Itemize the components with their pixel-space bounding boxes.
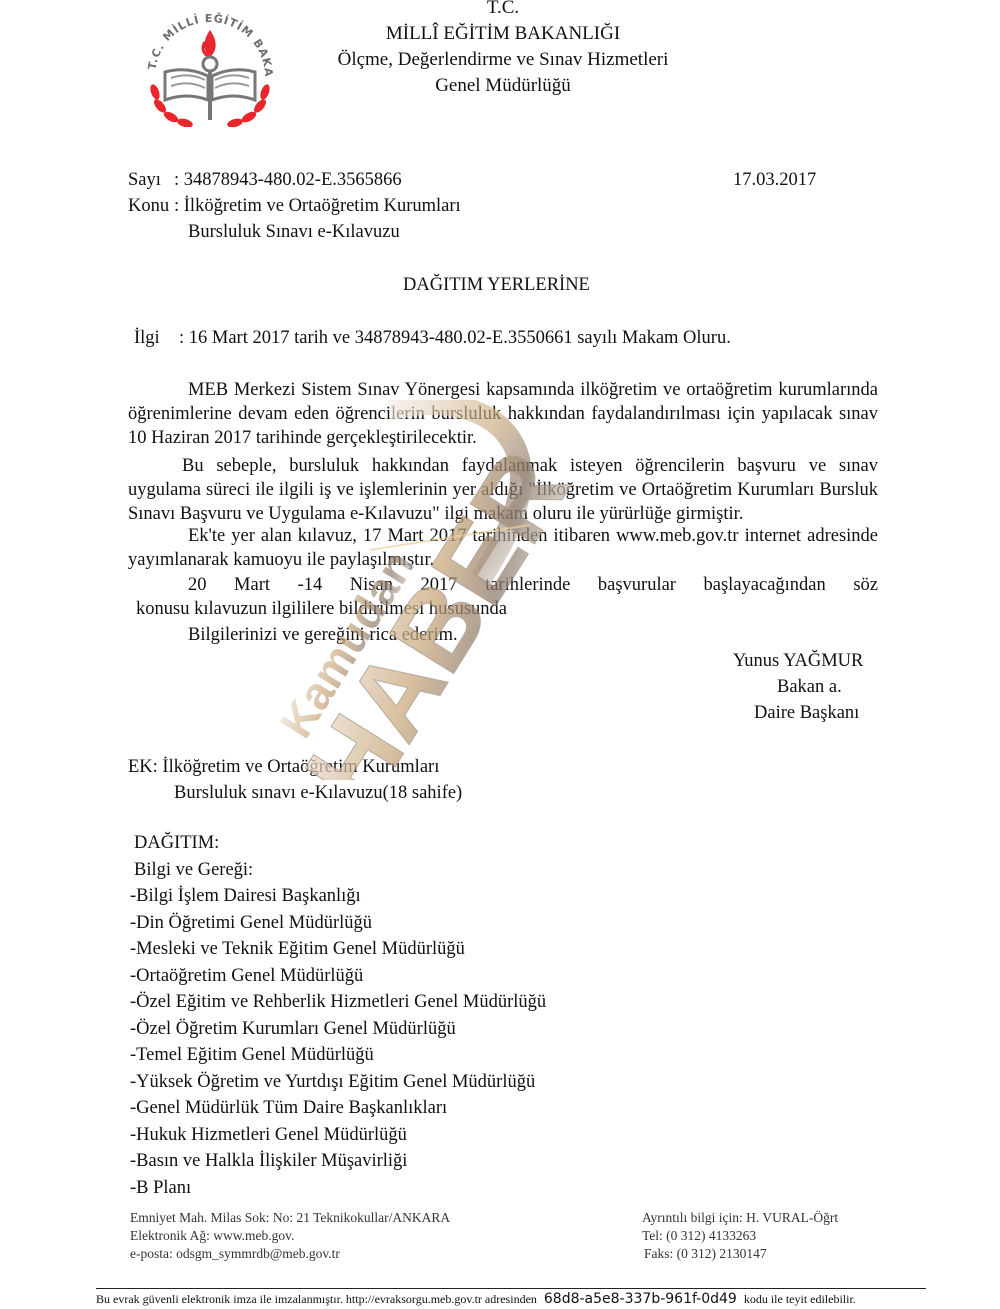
konu-label: Konu <box>128 195 169 217</box>
header-department: Ölçme, Değerlendirme ve Sınav Hizmetleri <box>3 49 1000 71</box>
sayi-label: Sayı <box>128 169 161 191</box>
verification-line: Bu evrak güvenli elektronik imza ile imz… <box>96 1291 856 1307</box>
body-paragraph-5: Bilgilerinizi ve gereğini rica ederim. <box>188 624 458 646</box>
attachment-line1: EK: İlköğretim ve Ortaöğretim Kurumları <box>128 756 439 778</box>
signatory-title-2: Daire Başkanı <box>754 702 859 724</box>
body-paragraph-1: MEB Merkezi Sistem Sınav Yönergesi kapsa… <box>128 378 878 450</box>
body-paragraph-4-line1: 20 Mart -14 Nisan 2017 tarihlerinde başv… <box>188 574 878 596</box>
verification-suffix: kodu ile teyit edilebilir. <box>744 1292 856 1306</box>
attachment-line2: Bursluluk sınavı e-Kılavuzu(18 sahife) <box>174 782 462 804</box>
ilgi-value: : 16 Mart 2017 tarih ve 34878943-480.02-… <box>179 327 731 349</box>
list-item: -Genel Müdürlük Tüm Daire Başkanlıkları <box>130 1095 546 1122</box>
list-item: -Temel Eğitim Genel Müdürlüğü <box>130 1042 546 1069</box>
recipient-heading: DAĞITIM YERLERİNE <box>403 274 590 296</box>
footer-divider <box>96 1288 926 1289</box>
verification-code: 68d8-a5e8-337b-961f-0d49 <box>544 1291 737 1307</box>
footer-tel: Tel: (0 312) 4133263 <box>642 1227 756 1244</box>
list-item: -Hukuk Hizmetleri Genel Müdürlüğü <box>130 1122 546 1149</box>
list-item: -Din Öğretimi Genel Müdürlüğü <box>130 910 546 937</box>
header-directorate: Genel Müdürlüğü <box>3 75 1000 97</box>
distribution-subtitle: Bilgi ve Gereği: <box>130 857 546 884</box>
signatory-name: Yunus YAĞMUR <box>733 650 863 672</box>
list-item: -Özel Eğitim ve Rehberlik Hizmetleri Gen… <box>130 989 546 1016</box>
body-paragraph-4-line2: konusu kılavuzun ilgililere bildirilmesi… <box>136 598 507 620</box>
list-item: -Ortaöğretim Genel Müdürlüğü <box>130 963 546 990</box>
konu-line1: : İlköğretim ve Ortaöğretim Kurumları <box>174 195 461 217</box>
document-date: 17.03.2017 <box>733 169 816 191</box>
konu-line2: Bursluluk Sınavı e-Kılavuzu <box>188 221 400 243</box>
list-item: -B Planı <box>130 1175 546 1202</box>
list-item: -Bilgi İşlem Dairesi Başkanlığı <box>130 883 546 910</box>
body-paragraph-2-text: Bu sebeple, bursluluk hakkından faydalan… <box>128 456 878 524</box>
list-item: -Yüksek Öğretim ve Yurtdışı Eğitim Genel… <box>130 1069 546 1096</box>
header-tc: T.C. <box>3 0 1000 19</box>
list-item: -Basın ve Halkla İlişkiler Müşavirliği <box>130 1148 546 1175</box>
body-paragraph-3-text: Ek'te yer alan kılavuz, 17 Mart 2017 tar… <box>128 526 878 570</box>
body-paragraph-3: Ek'te yer alan kılavuz, 17 Mart 2017 tar… <box>128 524 878 572</box>
footer-fax: Faks: (0 312) 2130147 <box>644 1245 767 1262</box>
distribution-title: DAĞITIM: <box>130 830 546 857</box>
footer-contact: Ayrıntılı bilgi için: H. VURAL-Öğrt <box>642 1209 838 1226</box>
footer-web: Elektronik Ağ: www.meb.gov. <box>130 1227 294 1244</box>
body-paragraph-2: Bu sebeple, bursluluk hakkından faydalan… <box>128 454 878 526</box>
verification-prefix: Bu evrak güvenli elektronik imza ile imz… <box>96 1292 537 1306</box>
footer-email: e-posta: odsgm_symmrdb@meb.gov.tr <box>130 1245 340 1262</box>
list-item: -Özel Öğretim Kurumları Genel Müdürlüğü <box>130 1016 546 1043</box>
ilgi-label: İlgi <box>134 327 160 349</box>
footer-address: Emniyet Mah. Milas Sok: No: 21 Teknikoku… <box>130 1209 450 1226</box>
body-paragraph-1-text: MEB Merkezi Sistem Sınav Yönergesi kapsa… <box>128 380 878 448</box>
distribution-list: DAĞITIM: Bilgi ve Gereği: -Bilgi İşlem D… <box>130 830 546 1201</box>
list-item: -Mesleki ve Teknik Eğitim Genel Müdürlüğ… <box>130 936 546 963</box>
header-ministry: MİLLÎ EĞİTİM BAKANLIĞI <box>3 23 1000 45</box>
sayi-value: : 34878943-480.02-E.3565866 <box>174 169 402 191</box>
signatory-title-1: Bakan a. <box>777 676 842 698</box>
